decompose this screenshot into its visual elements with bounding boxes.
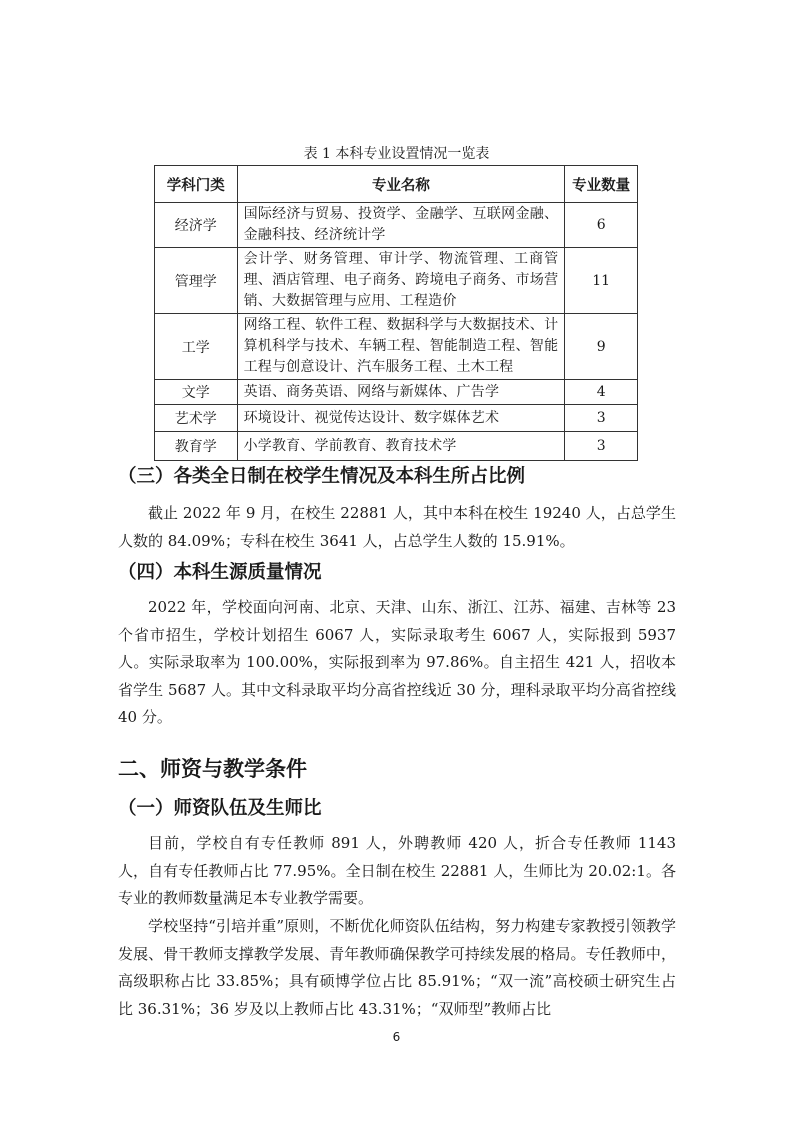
paragraph-faculty-ratio: 目前，学校自有专任教师 891 人，外聘教师 420 人，折合专任教师 1143…: [118, 830, 676, 913]
category-cell: 工学: [155, 314, 238, 380]
majors-cell: 国际经济与贸易、投资学、金融学、互联网金融、金融科技、经济统计学: [237, 203, 565, 248]
table-row: 文学 英语、商务英语、网络与新媒体、广告学 4: [155, 380, 638, 405]
majors-cell: 环境设计、视觉传达设计、数字媒体艺术: [237, 405, 565, 432]
table-row: 工学 网络工程、软件工程、数据科学与大数据技术、计算机科学与技术、车辆工程、智能…: [155, 314, 638, 380]
category-cell: 管理学: [155, 248, 238, 314]
table-row: 艺术学 环境设计、视觉传达设计、数字媒体艺术 3: [155, 405, 638, 432]
majors-cell: 网络工程、软件工程、数据科学与大数据技术、计算机科学与技术、车辆工程、智能制造工…: [237, 314, 565, 380]
count-cell: 3: [565, 405, 638, 432]
header-majors: 专业名称: [237, 166, 565, 203]
header-category: 学科门类: [155, 166, 238, 203]
section-heading-source-quality: （四）本科生源质量情况: [118, 561, 322, 585]
count-cell: 4: [565, 380, 638, 405]
count-cell: 9: [565, 314, 638, 380]
count-cell: 6: [565, 203, 638, 248]
document-page: 表 1 本科专业设置情况一览表 学科门类 专业名称 专业数量 经济学 国际经济与…: [0, 0, 793, 1122]
majors-table: 学科门类 专业名称 专业数量 经济学 国际经济与贸易、投资学、金融学、互联网金融…: [154, 165, 638, 461]
table-row: 教育学 小学教育、学前教育、教育技术学 3: [155, 432, 638, 461]
section-heading-faculty-ratio: （一）师资队伍及生师比: [118, 797, 322, 821]
table-caption: 表 1 本科专业设置情况一览表: [0, 145, 793, 163]
paragraph-faculty-structure: 学校坚持“引培并重”原则，不断优化师资队伍结构，努力构建专家教授引领教学发展、骨…: [118, 913, 676, 1023]
majors-cell: 小学教育、学前教育、教育技术学: [237, 432, 565, 461]
table-header-row: 学科门类 专业名称 专业数量: [155, 166, 638, 203]
header-count: 专业数量: [565, 166, 638, 203]
category-cell: 教育学: [155, 432, 238, 461]
count-cell: 3: [565, 432, 638, 461]
table-row: 管理学 会计学、财务管理、审计学、物流管理、工商管理、酒店管理、电子商务、跨境电…: [155, 248, 638, 314]
category-cell: 经济学: [155, 203, 238, 248]
category-cell: 艺术学: [155, 405, 238, 432]
chapter-heading-faculty: 二、师资与教学条件: [118, 755, 307, 783]
page-number: 6: [0, 1030, 793, 1044]
table-row: 经济学 国际经济与贸易、投资学、金融学、互联网金融、金融科技、经济统计学 6: [155, 203, 638, 248]
paragraph-source-quality: 2022 年，学校面向河南、北京、天津、山东、浙江、江苏、福建、吉林等 23 个…: [118, 594, 676, 732]
category-cell: 文学: [155, 380, 238, 405]
majors-cell: 英语、商务英语、网络与新媒体、广告学: [237, 380, 565, 405]
majors-cell: 会计学、财务管理、审计学、物流管理、工商管理、酒店管理、电子商务、跨境电子商务、…: [237, 248, 565, 314]
paragraph-enrollment: 截止 2022 年 9 月，在校生 22881 人，其中本科在校生 19240 …: [118, 500, 676, 555]
section-heading-enrollment: （三）各类全日制在校学生情况及本科生所占比例: [118, 465, 525, 489]
count-cell: 11: [565, 248, 638, 314]
